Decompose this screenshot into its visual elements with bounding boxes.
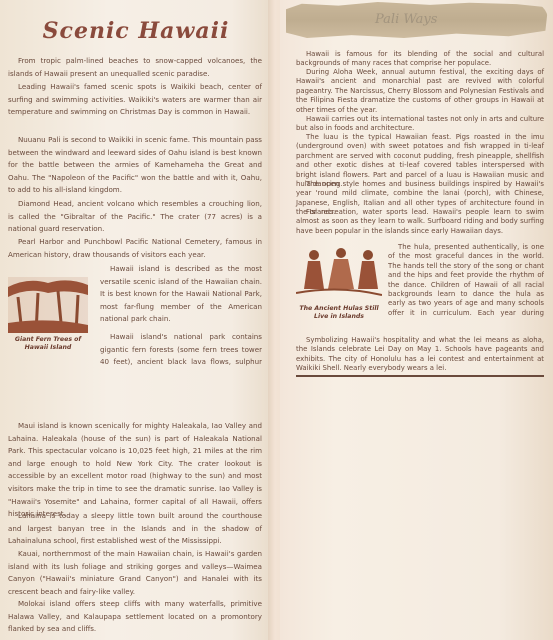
paragraph: The hula, presented authentically, is on… xyxy=(388,243,544,318)
handwriting: Pali Ways xyxy=(375,12,437,27)
paragraph: Nuuanu Pali is second to Waikiki in scen… xyxy=(8,134,262,197)
paragraph: Molokai island offers steep cliffs with … xyxy=(8,598,262,636)
paragraph: During Aloha Week, annual autumn festiva… xyxy=(296,68,544,115)
page-title: Scenic Hawaii xyxy=(0,18,272,44)
hula-dancers-illustration xyxy=(296,245,382,301)
paragraph: Hawaii island's national park contains g… xyxy=(100,331,262,371)
paragraph: From tropic palm-lined beaches to snow-c… xyxy=(8,55,262,80)
fern-trees-illustration xyxy=(8,277,88,333)
divider-rule xyxy=(296,375,544,377)
paragraph: Leading Hawaii's famed scenic spots is W… xyxy=(8,81,262,119)
paragraph: Lahaina is today a sleepy little town bu… xyxy=(8,510,262,548)
paragraph: Maui island is known scenically for migh… xyxy=(8,420,262,521)
paragraph: Kauai, northernmost of the main Hawaiian… xyxy=(8,548,262,598)
paragraph: Hawaii carries out its international tas… xyxy=(296,115,544,134)
figure-caption: The Ancient Hulas Still Live in Islands xyxy=(294,305,384,320)
paragraph: Hawaii is famous for its blending of the… xyxy=(296,50,544,69)
paragraph: Symbolizing Hawaii's hospitality and wha… xyxy=(296,336,544,374)
paragraph: Hawaii island is described as the most v… xyxy=(100,263,262,326)
left-page: Scenic Hawaii From tropic palm-lined bea… xyxy=(0,0,272,640)
paragraph: For recreation, water sports lead. Hawai… xyxy=(296,208,544,236)
figure-caption: Giant Fern Trees of Hawaii Island xyxy=(8,336,88,351)
paragraph: Diamond Head, ancient volcano which rese… xyxy=(8,198,262,236)
paragraph: Pearl Harbor and Punchbowl Pacific Natio… xyxy=(8,236,262,261)
